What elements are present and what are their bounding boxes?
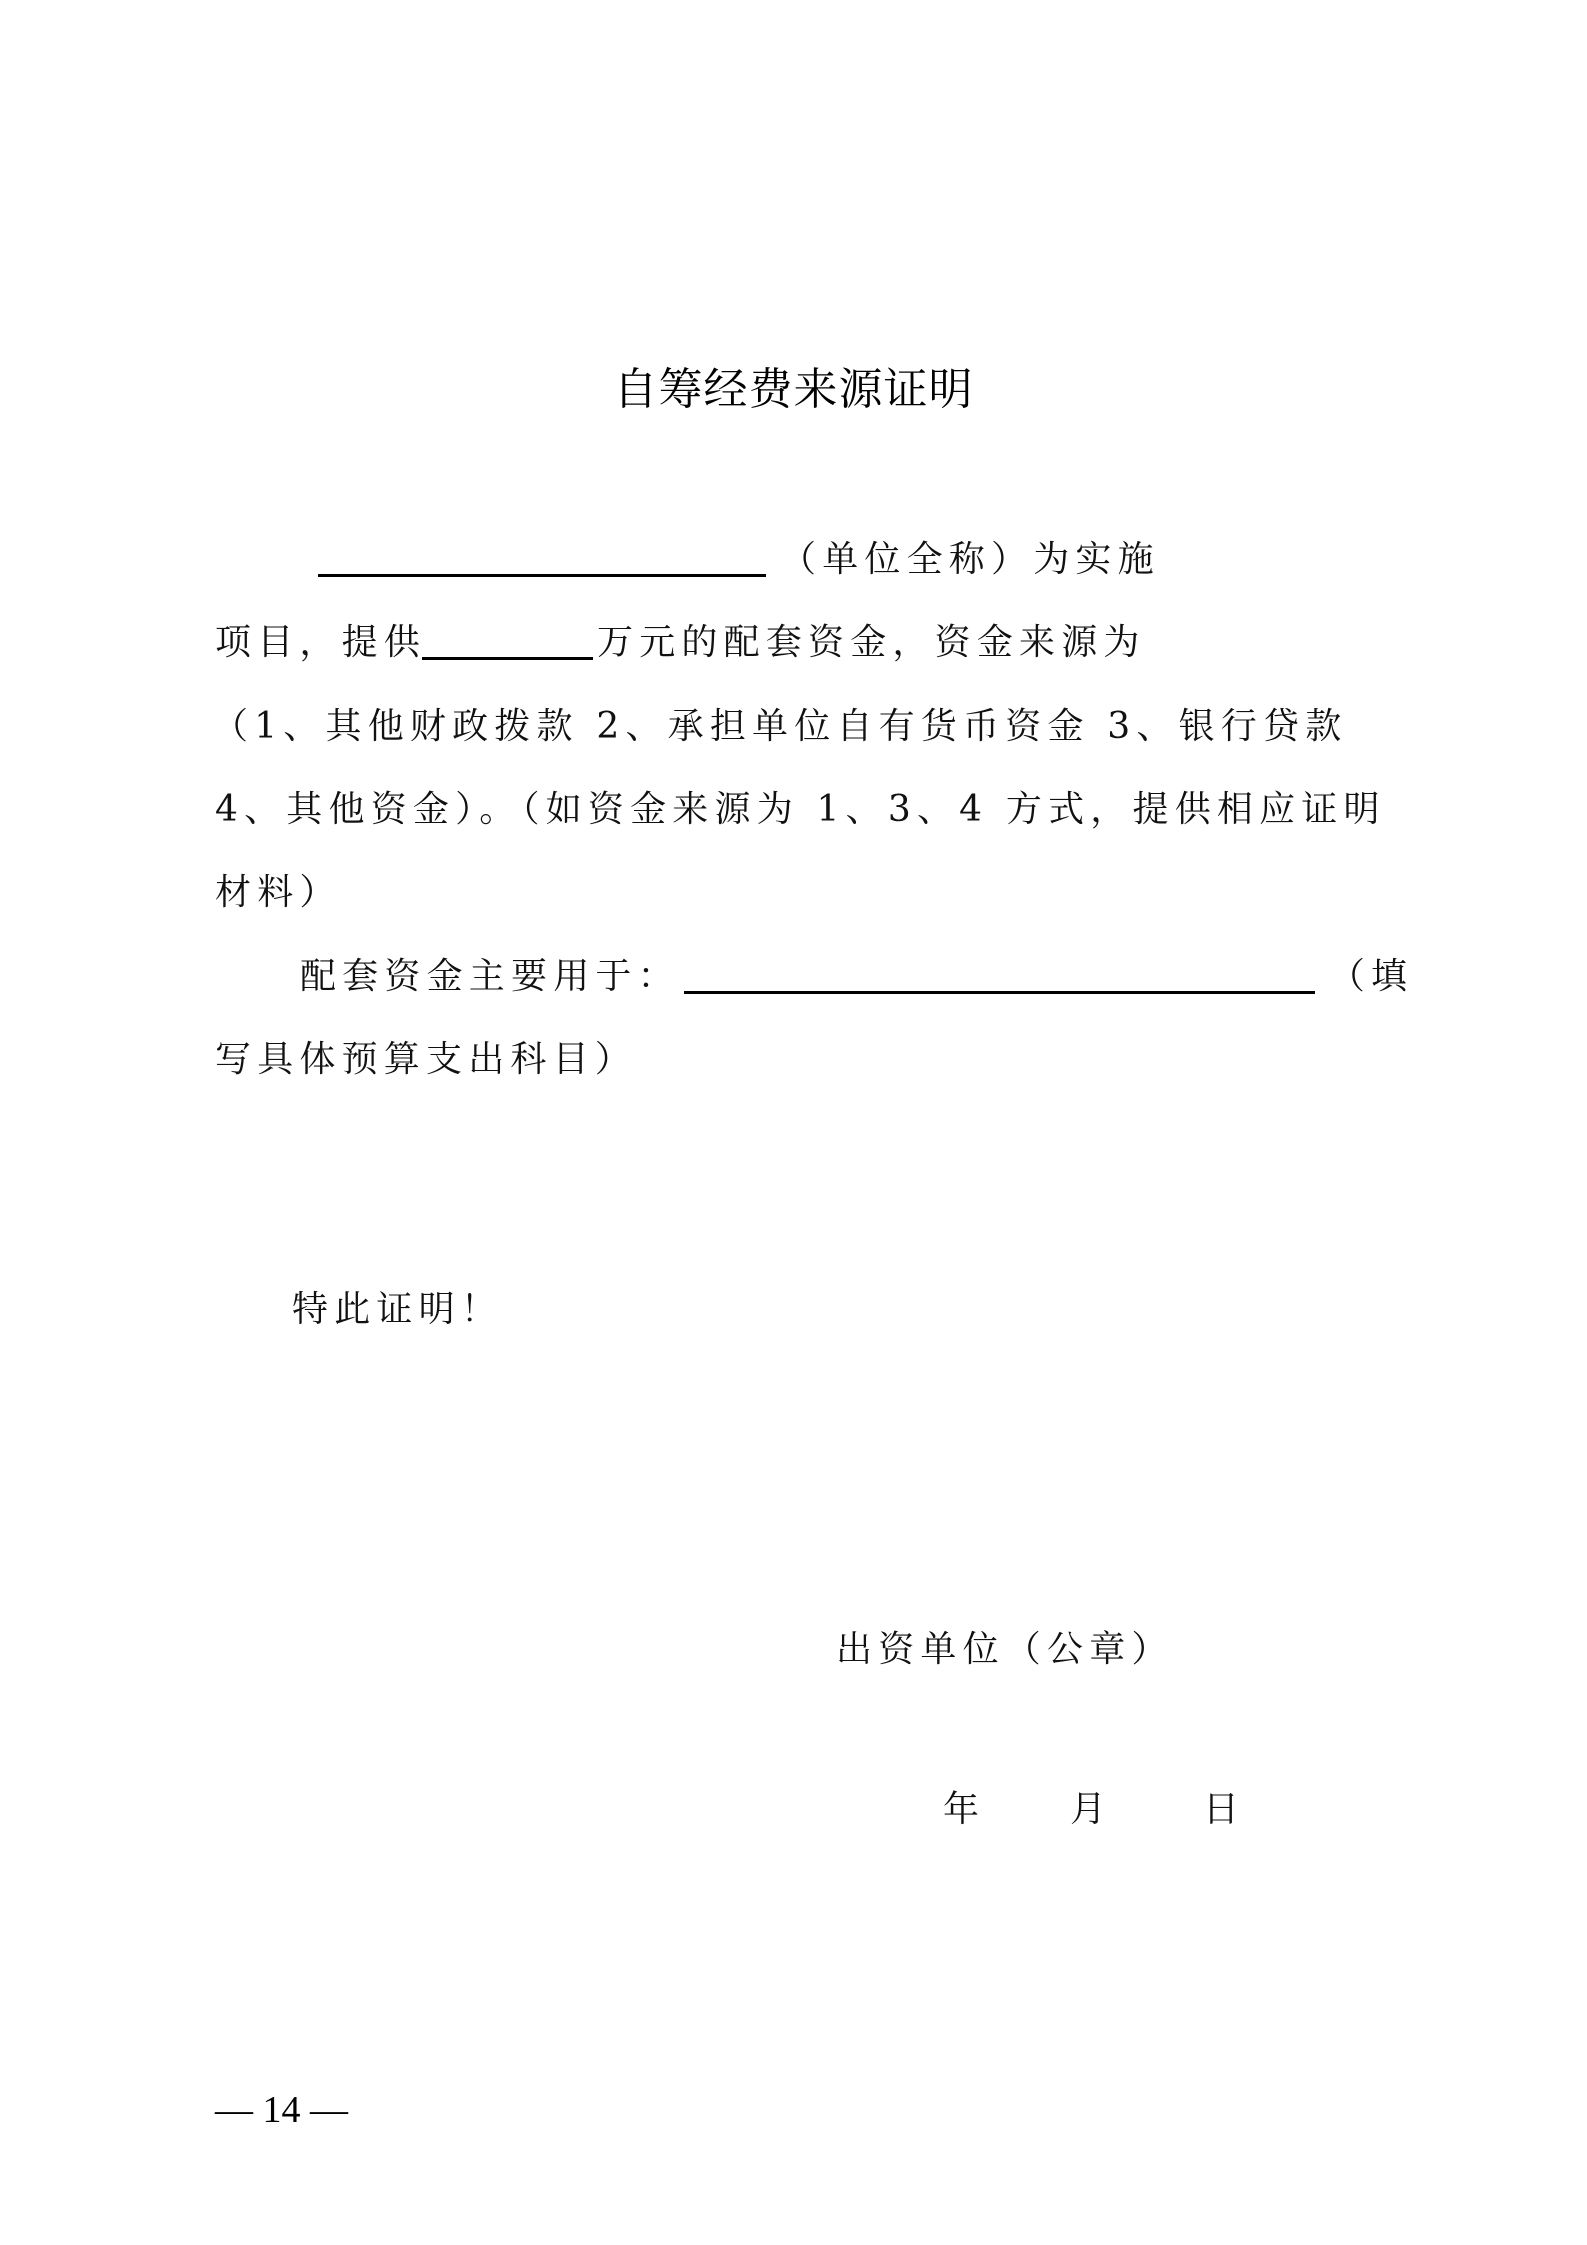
unit-full-name-hint: （单位全称）为实施 [780, 539, 1160, 580]
date-month-label: 月 [1070, 1786, 1112, 1834]
paragraph1-line3: （1、其他财政拨款 2、承担单位自有货币资金 3、银行贷款 [212, 703, 1392, 751]
date-year-label: 年 [943, 1786, 985, 1834]
amount-blank[interactable] [422, 621, 593, 660]
unit-full-name-blank[interactable] [318, 538, 766, 577]
paragraph1-line5: 材料） [215, 869, 1395, 917]
issuer-seal-label: 出资单位（公章） [836, 1626, 1174, 1674]
paragraph2-line2: 写具体预算支出科目） [215, 1036, 1395, 1084]
paragraph1-line4: 4、其他资金）。（如资金来源为 1、3、4 方式，提供相应证明 [215, 786, 1395, 834]
document-title: 自筹经费来源证明 [0, 362, 1587, 418]
funding-source-text: 万元的配套资金，资金来源为 [597, 622, 1146, 663]
usage-blank[interactable] [684, 955, 1315, 994]
closing-statement: 特此证明！ [292, 1286, 503, 1334]
usage-hint-start: （填 [1329, 956, 1413, 997]
page-number: — 14 — [215, 2088, 348, 2132]
usage-label: 配套资金主要用于： [300, 956, 680, 997]
paragraph2-line1: 配套资金主要用于：（填 [300, 953, 1480, 1001]
paragraph1-line1: （单位全称）为实施 [318, 536, 1498, 584]
project-provide-text: 项目，提供 [215, 622, 426, 663]
date-day-label: 日 [1203, 1786, 1245, 1834]
paragraph1-line2: 项目，提供万元的配套资金，资金来源为 [215, 619, 1395, 667]
